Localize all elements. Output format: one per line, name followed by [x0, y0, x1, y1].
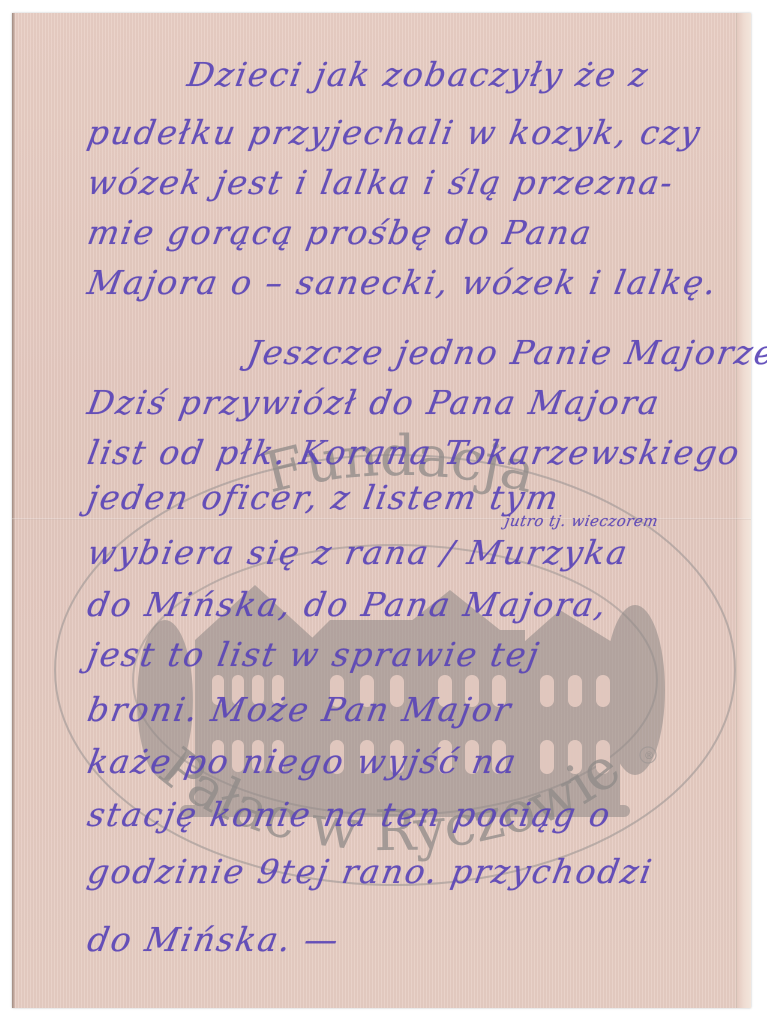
text-line: każe po niego wyjść na	[85, 742, 521, 781]
text-line: Dziś przywiózł do Pana Majora	[85, 383, 664, 422]
text-line: pudełku przyjechali w kozyk, czy	[85, 113, 705, 152]
text-line: wózek jest i lalka i ślą przezna-	[85, 163, 678, 202]
text-line: do Mińska. —	[85, 920, 344, 959]
text-line: godzinie 9tej rano. przychodzi	[85, 852, 657, 891]
text-line: do Mińska, do Pana Majora,	[85, 585, 611, 624]
text-line: broni. Może Pan Major	[85, 690, 516, 729]
text-line: Majora o – sanecki, wózek i lalkę.	[85, 263, 722, 302]
text-line: Dzieci jak zobaczyły że z	[185, 55, 653, 94]
text-line: wybiera się z rana / Murzyka	[85, 533, 632, 572]
text-line: list od płk. Korana Tokarzewskiego	[85, 433, 744, 472]
insertion-note: jutro tj. wieczorem	[503, 512, 659, 530]
text-line: stację konie na ten pociąg o	[85, 795, 615, 834]
text-line: mie gorącą prośbę do Pana	[85, 213, 596, 252]
text-line: jest to list w sprawie tej	[85, 635, 544, 674]
text-line: jeden oficer, z listem tym	[85, 478, 564, 517]
handwritten-text: Dzieci jak zobaczyły że z pudełku przyje…	[0, 0, 767, 1024]
text-line: Jeszcze jedno Panie Majorze	[245, 333, 767, 372]
